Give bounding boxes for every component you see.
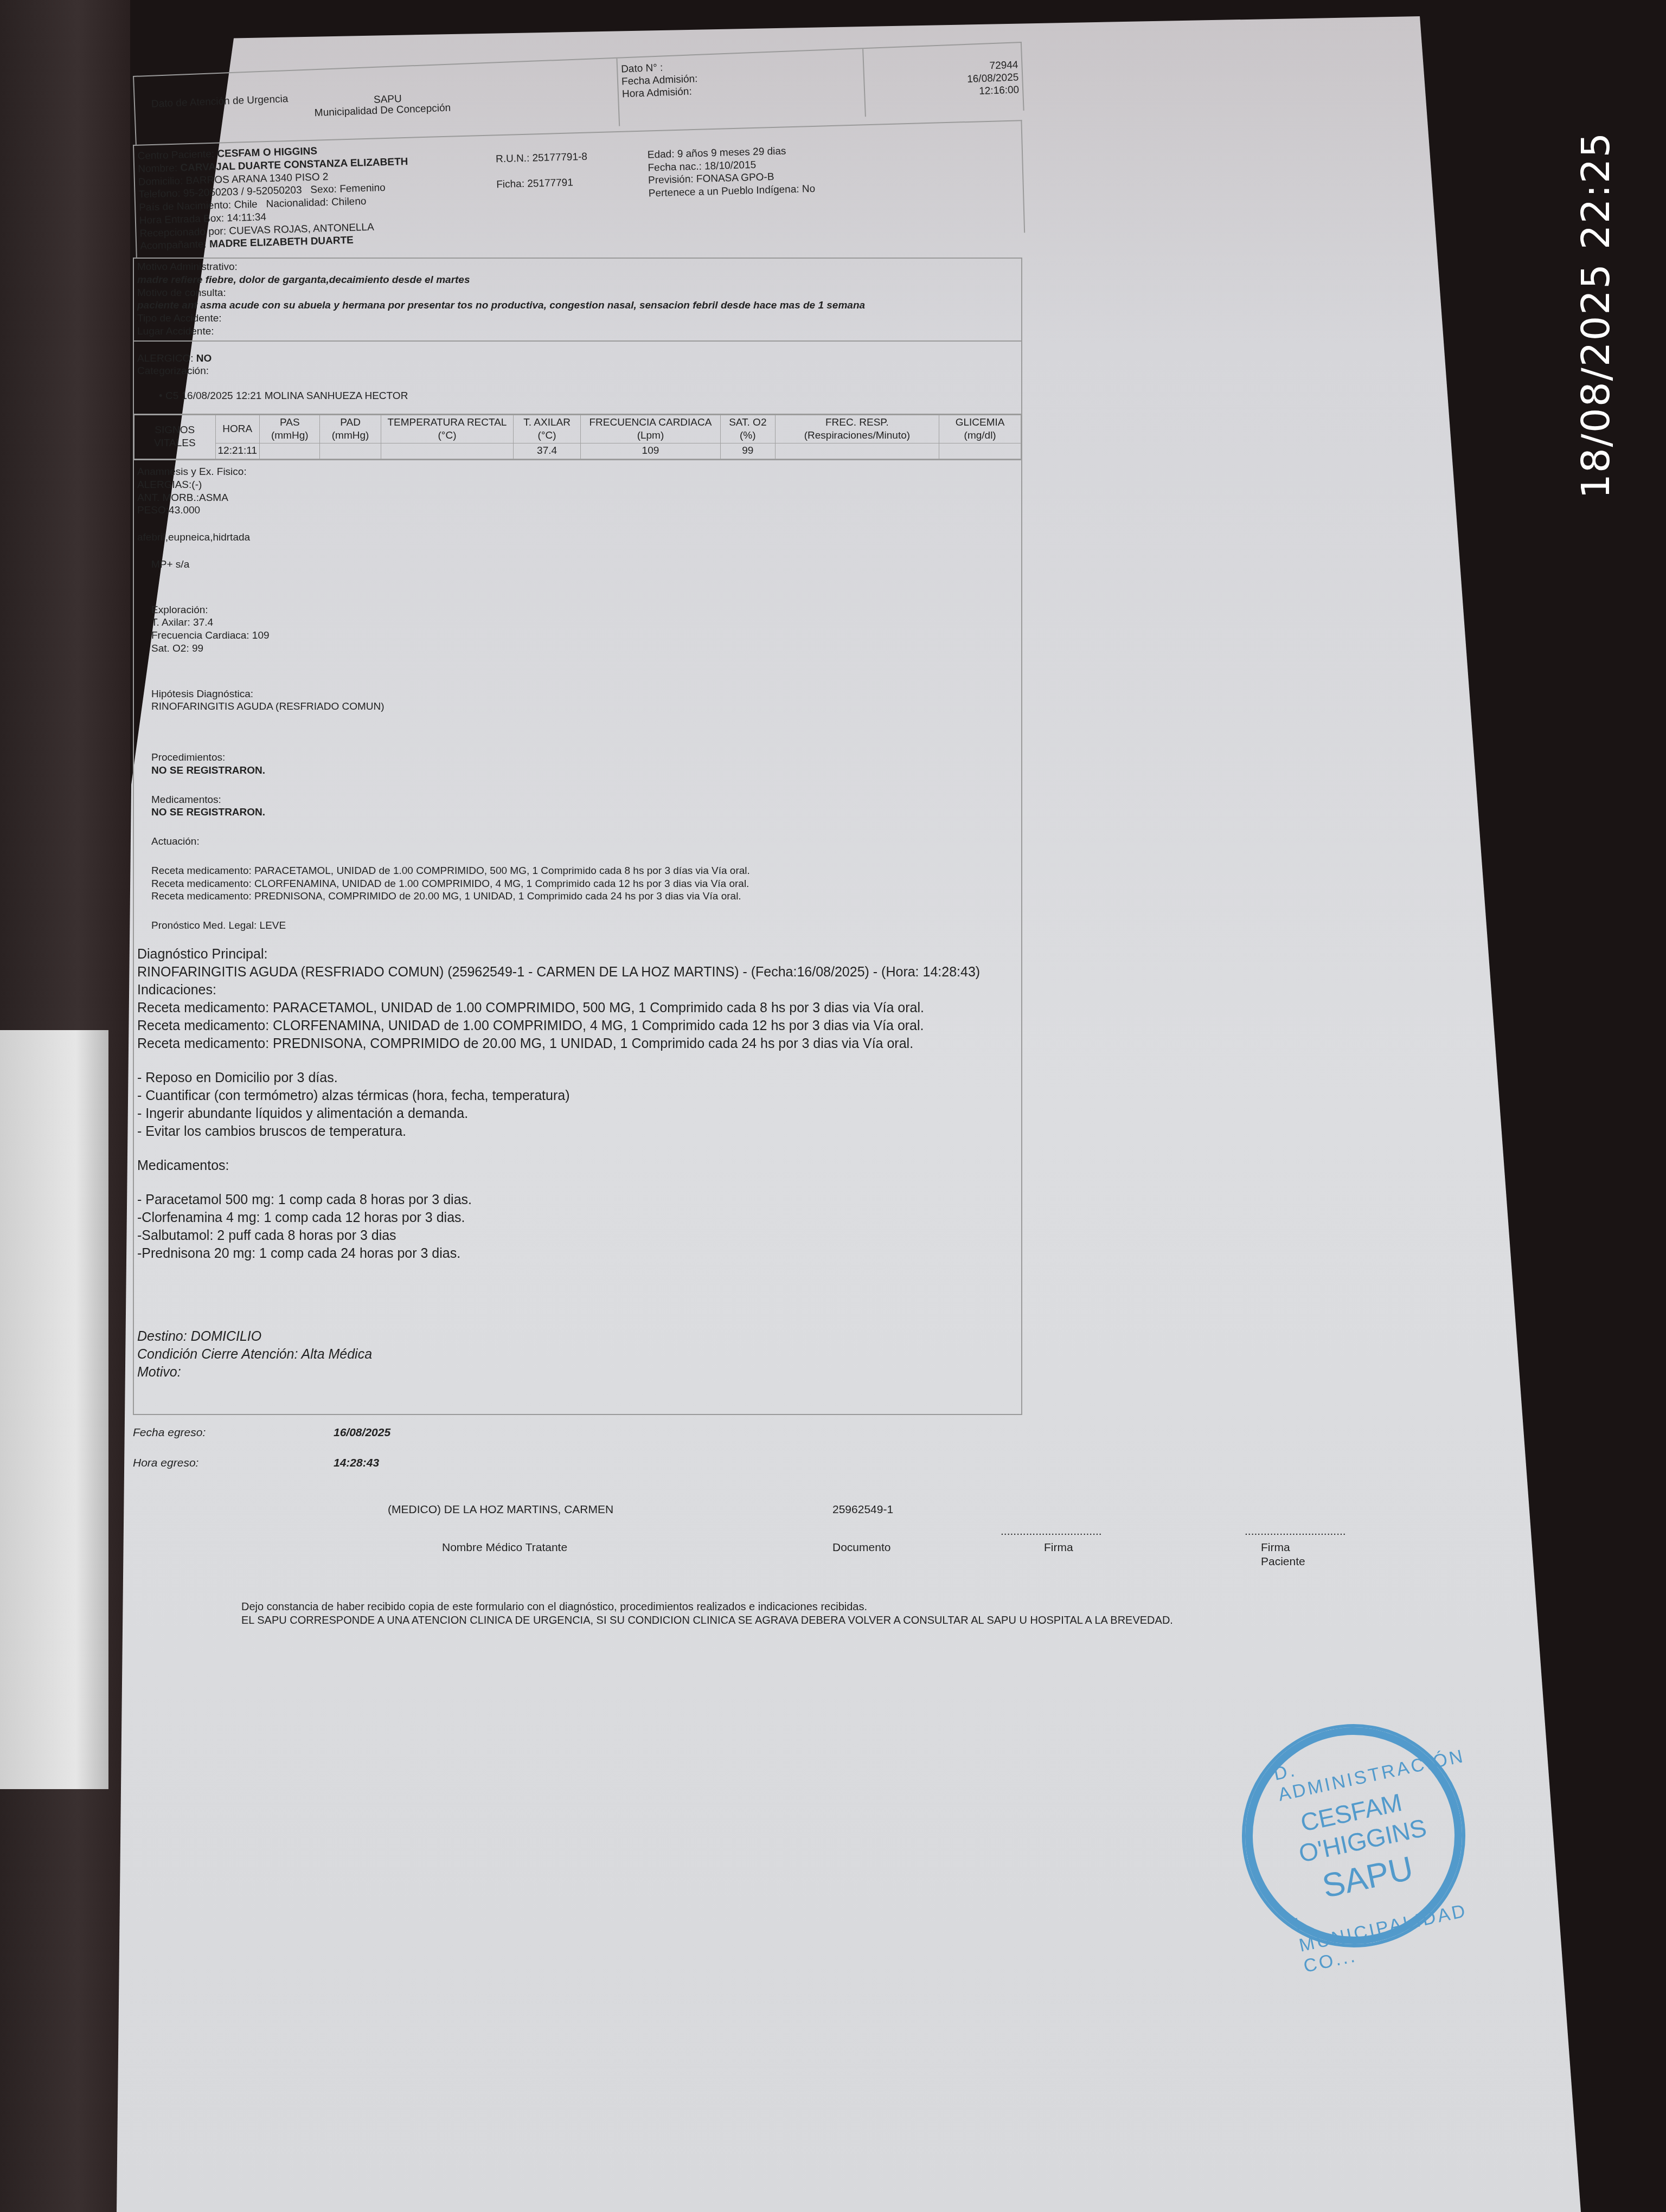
vitals-section: SIGNOS VITALES HORA PAS (mmHg) PAD (mmHg… [133,414,1022,460]
medicamento-indicado: - Paracetamol 500 mg: 1 comp cada 8 hora… [137,1191,1018,1209]
anamnesis-line: ANT. MORB.:ASMA [137,492,1018,505]
motivo-administrativo: madre refiere fiebre, dolor de garganta,… [137,274,1018,287]
prevision-label: Previsión: [648,173,694,186]
patient-birthdate: 18/10/2015 [704,159,757,172]
ficha-label: Ficha: [496,178,524,190]
vitals-header: T. AXILAR (°C) [514,415,581,443]
vital-temp-rectal [381,443,514,459]
run-label: R.U.N.: [496,152,530,165]
disclaimer-line: Dejo constancia de haber recibido copia … [241,1600,1434,1614]
hora-egreso: 14:28:43 [334,1456,379,1470]
vital-pad [320,443,381,459]
signature-row: (MEDICO) DE LA HOZ MARTINS, CARMEN 25962… [133,1503,1022,1584]
centro-paciente: CESFAM O HIGGINS [217,146,317,160]
vitals-header: SAT. O2 (%) [721,415,775,443]
instruccion: - Cuantificar (con termómetro) alzas tér… [137,1087,1018,1105]
vital-pas [260,443,320,459]
categorizacion-item: • C5 16/08/2025 12:21 MOLINA SANHUEZA HE… [137,390,1018,403]
hora-egreso-label: Hora egreso: [133,1457,198,1469]
categorizacion-label: Categorización: [137,365,1018,378]
acompanante-label: Acompañante: [140,239,207,252]
hipotesis-value: RINOFARINGITIS AGUDA (RESFRIADO COMUN) [151,700,1018,713]
exploracion-line: Sat. O2: 99 [151,642,1018,655]
destino: Destino: DOMICILIO [137,1328,1018,1346]
medicamento-indicado: -Prednisona 20 mg: 1 comp cada 24 horas … [137,1245,1018,1263]
indicacion-receta: Receta medicamento: PREDNISONA, COMPRIMI… [137,1035,1018,1053]
alergico-value: NO [196,353,212,364]
vitals-header: PAS (mmHg) [260,415,320,443]
vitals-header: FREC. RESP. (Respiraciones/Minuto) [775,415,939,443]
municipality-name: Municipalidad De Concepción [314,102,451,120]
patient-ficha: 25177791 [527,177,573,190]
procedimientos-block: Procedimientos: NO SE REGISTRARON. [137,751,1018,777]
firma-paciente-label: Firma Paciente [1261,1541,1305,1570]
medico-tratante: (MEDICO) DE LA HOZ MARTINS, CARMEN [388,1503,613,1517]
indicacion-receta: Receta medicamento: CLORFENAMINA, UNIDAD… [137,1017,1018,1035]
anamnesis-label: Anamnesis y Ex. Fisico: [137,466,1018,479]
exploracion-label: Exploración: [151,604,1018,617]
exploracion-block: Exploración: T. Axilar: 37.4 Frecuencia … [137,604,1018,655]
instruccion: - Reposo en Domicilio por 3 días. [137,1069,1018,1087]
anamnesis-line: ALERGIAS:(-) [137,479,1018,492]
diagnostico-value: RINOFARINGITIS AGUDA (RESFRIADO COMUN) (… [137,963,1018,981]
actuacion-receta: Receta medicamento: PARACETAMOL, UNIDAD … [151,865,1018,878]
instruccion: - Ingerir abundante líquidos y alimentac… [137,1105,1018,1123]
centro-label: Centro Paciente: [137,149,214,162]
medicamento-indicado: -Salbutamol: 2 puff cada 8 horas por 3 d… [137,1227,1018,1245]
clinical-body: Anamnesis y Ex. Fisico: ALERGIAS:(-) ANT… [133,460,1022,1415]
hora-box-label: Hora Entrada Box: [139,213,225,226]
firma-paciente-line: ................................ [1245,1525,1346,1539]
header-values: 72944 16/08/2025 12:16:00 [862,43,1023,117]
lugar-accidente-label: Lugar Accidente: [137,325,1018,338]
egreso-block: Fecha egreso:16/08/2025 Hora egreso:14:2… [133,1426,1022,1487]
patient-prevision: FONASA GPO-B [696,171,774,185]
medico-documento: 25962549-1 [832,1503,893,1517]
hipotesis-label: Hipótesis Diagnóstica: [151,688,1018,701]
vitals-header: FRECUENCIA CARDIACA (Lpm) [580,415,720,443]
pais-label: País de Nacimiento: [139,200,232,214]
fecha-egreso: 16/08/2025 [334,1426,390,1440]
vital-hora: 12:21:11 [215,443,260,459]
categorizacion-value: C5 16/08/2025 12:21 MOLINA SANHUEZA HECT… [165,390,408,402]
disclaimer-line: EL SAPU CORRESPONDE A UNA ATENCION CLINI… [241,1614,1434,1628]
motivo-consulta: paciente ant asma acude con su abuela y … [137,299,1018,312]
actuacion-receta: Receta medicamento: PREDNISONA, COMPRIMI… [151,890,1018,903]
patient-nationality: Chileno [331,196,367,208]
actuacion-label: Actuación: [151,835,1018,848]
telefono-label: Telefono: [138,188,181,201]
pronostico: Pronóstico Med. Legal: LEVE [151,919,1018,933]
firma-line: ................................ [1001,1525,1102,1539]
procedimientos-value: NO SE REGISTRARON. [151,764,1018,777]
vital-frec-cardiaca: 109 [580,443,720,459]
patient-sex: Femenino [339,182,386,195]
diagnostico-block: Diagnóstico Principal: RINOFARINGITIS AG… [137,946,1018,1263]
header-labels: Dato N° : Fecha Admisión: Hora Admisión: [616,49,864,126]
condicion-cierre: Condición Cierre Atención: Alta Médica [137,1346,1018,1364]
exploracion-line: Frecuencia Cardiaca: 109 [151,629,1018,642]
motivo-cierre: Motivo: [137,1364,1018,1381]
patient-run: 25177791-8 [532,151,587,164]
nacionalidad-label: Nacionalidad: [266,197,329,210]
patient-country: Chile [234,199,258,211]
exploracion-line: T. Axilar: 37.4 [151,616,1018,629]
firma-label: Firma [1044,1541,1073,1555]
vitals-header: SIGNOS VITALES [134,415,216,459]
anamnesis-note: afebril,eupneica,hidrtada [137,531,1018,544]
actuacion-receta: Receta medicamento: CLORFENAMINA, UNIDAD… [151,878,1018,891]
vitals-header: TEMPERATURA RECTAL (°C) [381,415,514,443]
hipotesis-block: Hipótesis Diagnóstica: RINOFARINGITIS AG… [137,688,1018,714]
tipo-accidente-label: Tipo de Accidente: [137,312,1018,325]
urgency-form: Dato de Atención de Urgencia SAPU Munici… [133,76,1022,1628]
vitals-header: PAD (mmHg) [320,415,381,443]
medicamentos-value: NO SE REGISTRARON. [151,806,1018,819]
indicaciones-label: Indicaciones: [137,981,1018,999]
medicamentos-label: Medicamentos: [151,794,1018,807]
fecha-egreso-label: Fecha egreso: [133,1426,206,1439]
vital-frec-resp [775,443,939,459]
header-title-block: Dato de Atención de Urgencia SAPU Munici… [134,59,619,145]
motivo-consulta-label: Motivo de consulta: [137,287,1018,300]
recepcionado-label: Recepcionado por: [139,226,226,239]
anamnesis-line: PESO:43.000 [137,504,1018,517]
vitals-table: SIGNOS VITALES HORA PAS (mmHg) PAD (mmHg… [134,415,1021,459]
sexo-label: Sexo: [310,184,337,196]
patient-indigenous: No [802,183,816,195]
vitals-header: GLICEMIA (mg/dl) [939,415,1021,443]
medicamento-indicado: -Clorfenamina 4 mg: 1 comp cada 12 horas… [137,1209,1018,1227]
medicamentos-indicados-label: Medicamentos: [137,1157,1018,1175]
motivo-admin-label: Motivo Administrativo: [137,261,1018,274]
medicamentos-registrados-block: Medicamentos: NO SE REGISTRARON. [137,794,1018,820]
photo-timestamp: 18/08/2025 22:25 [1573,65,1605,499]
vital-sat-o2: 99 [721,443,775,459]
vitals-header-row: SIGNOS VITALES HORA PAS (mmHg) PAD (mmHg… [134,415,1021,443]
disclaimer: Dejo constancia de haber recibido copia … [133,1600,1434,1628]
indicacion-receta: Receta medicamento: PARACETAMOL, UNIDAD … [137,999,1018,1017]
alergico-label: ALERGICO: [137,353,193,364]
vital-t-axilar: 37.4 [514,443,581,459]
vitals-header: HORA [215,415,260,443]
anamnesis-note: MP+ s/a [137,558,1018,571]
motivos-section: Motivo Administrativo: madre refiere fie… [133,258,1022,340]
background-cloth [0,1030,108,1789]
vitals-row: 12:21:11 37.4 109 99 [134,443,1021,459]
actuacion-block: Actuación: Receta medicamento: PARACETAM… [137,835,1018,933]
cierre-block: Destino: DOMICILIO Condición Cierre Aten… [137,1328,1018,1381]
documento-label: Documento [832,1541,890,1555]
vital-glicemia [939,443,1021,459]
procedimientos-label: Procedimientos: [151,751,1018,764]
patient-section: Centro Paciente: CESFAM O HIGGINS Nombre… [133,120,1025,258]
medico-label: Nombre Médico Tratante [442,1541,567,1555]
diagnostico-label: Diagnóstico Principal: [137,946,1018,963]
edad-label: Edad: [648,149,675,160]
hora-entrada-box: 14:11:34 [227,211,266,224]
domicilio-label: Domicilio: [138,175,183,188]
nombre-label: Nombre: [138,162,177,175]
fecha-nac-label: Fecha nac.: [648,160,702,173]
instruccion: - Evitar los cambios bruscos de temperat… [137,1123,1018,1141]
categorizacion-section: ALERGICO: NO Categorización: • C5 16/08/… [133,340,1022,414]
